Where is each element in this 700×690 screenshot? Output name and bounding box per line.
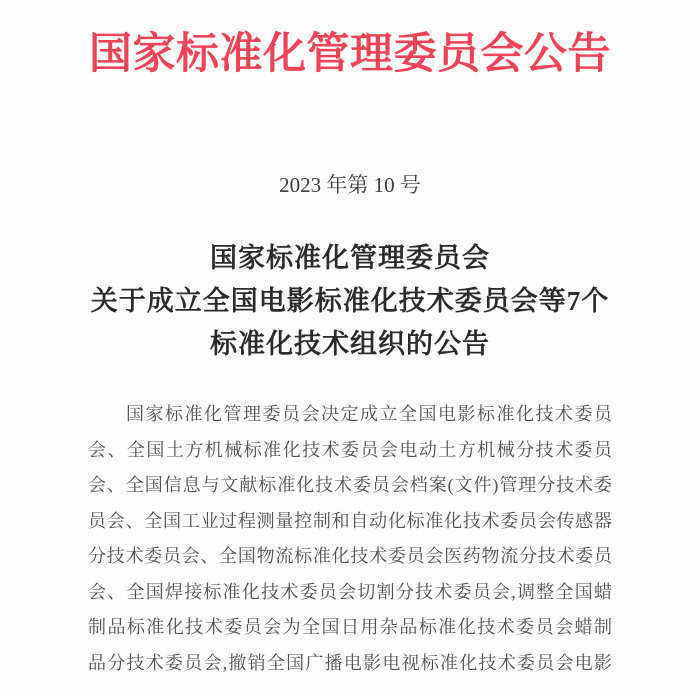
- heading-line-1: 国家标准化管理委员会: [0, 237, 700, 280]
- body-line-5: 分技术委员会、全国物流标准化技术委员会医药物流分技术委员: [88, 539, 612, 575]
- announcement-masthead-title: 国家标准化管理委员会公告: [0, 24, 700, 86]
- issue-number: 2023 年第 10 号: [0, 170, 700, 200]
- scanned-announcement-page: 国家标准化管理委员会公告 2023 年第 10 号 国家标准化管理委员会 关于成…: [0, 0, 700, 690]
- body-line-6: 会、全国焊接标准化技术委员会切割分技术委员会,调整全国蜡: [88, 575, 612, 611]
- heading-line-3: 标准化技术组织的公告: [0, 323, 700, 366]
- body-line-4: 员会、全国工业过程测量控制和自动化标准化技术委员会传感器: [88, 504, 612, 540]
- body-line-7: 制品标准化技术委员会为全国日用杂品标准化技术委员会蜡制: [88, 610, 612, 646]
- heading-line-2: 关于成立全国电影标准化技术委员会等7个: [0, 280, 700, 323]
- body-line-1: 国家标准化管理委员会决定成立全国电影标准化技术委员: [88, 397, 612, 433]
- announcement-body-paragraph: 国家标准化管理委员会决定成立全国电影标准化技术委员 会、全国土方机械标准化技术委…: [88, 397, 612, 681]
- body-line-2: 会、全国土方机械标准化技术委员会电动土方机械分技术委员: [88, 433, 612, 469]
- body-line-8: 品分技术委员会,撤销全国广播电影电视标准化技术委员会电影: [88, 646, 612, 682]
- announcement-heading: 国家标准化管理委员会 关于成立全国电影标准化技术委员会等7个 标准化技术组织的公…: [0, 237, 700, 366]
- body-line-3: 会、全国信息与文献标准化技术委员会档案(文件)管理分技术委: [88, 468, 612, 504]
